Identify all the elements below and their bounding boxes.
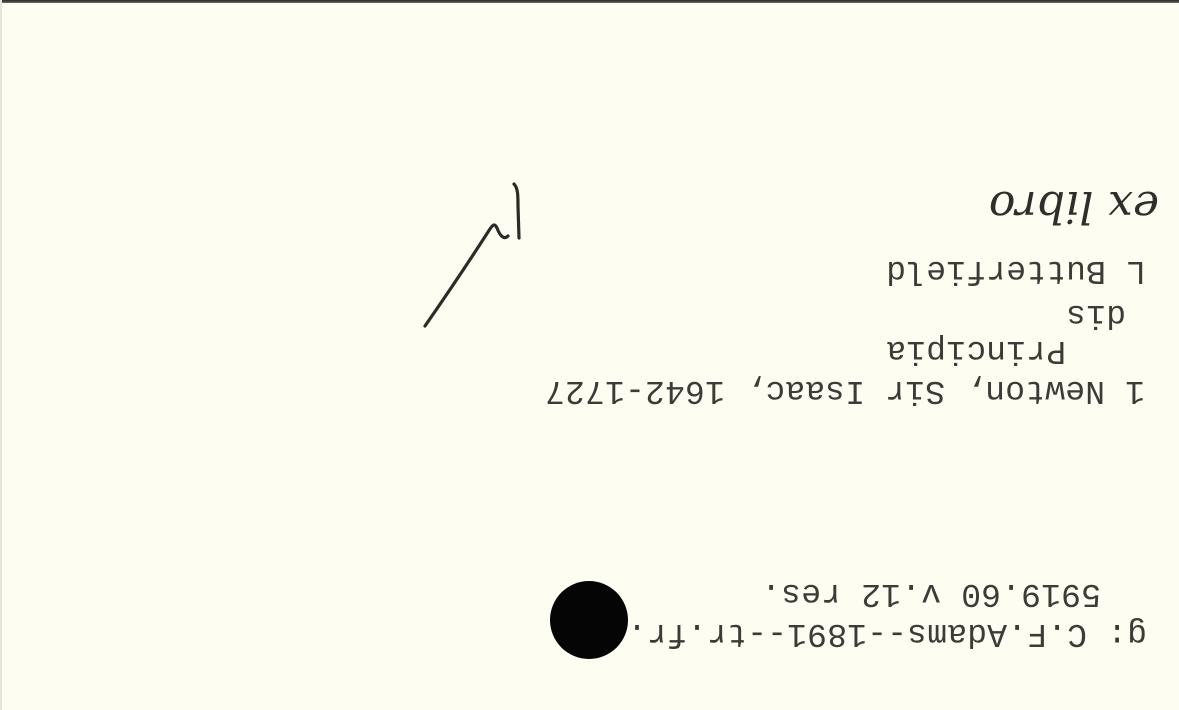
editor-line: L Butterfield xyxy=(886,253,1146,287)
title-line: Principia xyxy=(886,333,1066,367)
author-heading: 1 Newton, Sir Isaac, 1642-1727 xyxy=(545,373,1145,407)
call-number-line: 5919.60 v.12 res. xyxy=(761,576,1101,610)
typed-text-layer: g: C.F.Adams--1891--tr.fr. 5919.60 v.12 … xyxy=(0,0,1179,710)
handwritten-note: ex libro xyxy=(989,181,1159,232)
catalog-card: g: C.F.Adams--1891--tr.fr. 5919.60 v.12 … xyxy=(0,0,1179,710)
punch-hole-dot-icon xyxy=(550,581,628,659)
dis-line: dis xyxy=(1066,297,1126,331)
classification-line: g: C.F.Adams--1891--tr.fr. xyxy=(627,616,1147,650)
